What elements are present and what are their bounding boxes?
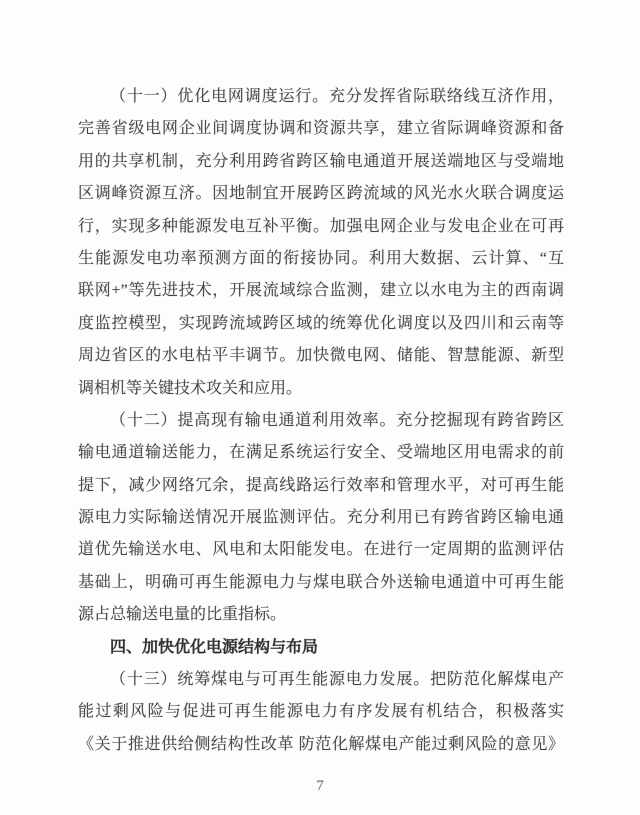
document-body: （十一）优化电网调度运行。充分发挥省际联络线互济作用， 完善省级电网企业间调度协… — [78, 81, 564, 761]
text-line: 行，实现多种能源发电互补平衡。加强电网企业与发电企业在可再 — [78, 211, 564, 243]
text-line: 道优先输送水电、风电和太阳能发电。在进行一定周期的监测评估 — [78, 534, 564, 566]
page-number: 7 — [0, 772, 640, 800]
text-line: 联网+”等先进技术，开展流域综合监测，建立以水电为主的西南调 — [78, 275, 564, 307]
text-line: 生能源发电功率预测方面的衔接协同。利用大数据、云计算、“互 — [78, 243, 564, 275]
text-line: 输电通道输送能力，在满足系统运行安全、受端地区用电需求的前 — [78, 437, 564, 469]
text-line: 区调峰资源互济。因地制宜开展跨区跨流域的风光水火联合调度运 — [78, 178, 564, 210]
text-line: 度监控模型，实现跨流域跨区域的统筹优化调度以及四川和云南等 — [78, 308, 564, 340]
text-line: 《关于推进供给侧结构性改革 防范化解煤电产能过剩风险的意见》 — [78, 729, 564, 761]
text-line: （十二）提高现有输电通道利用效率。充分挖掘现有跨省跨区 — [78, 405, 564, 437]
text-line: 周边省区的水电枯平丰调节。加快微电网、储能、智慧能源、新型 — [78, 340, 564, 372]
text-line: 调相机等关键技术攻关和应用。 — [78, 373, 564, 405]
section-heading: 四、加快优化电源结构与布局 — [78, 632, 564, 664]
text-line: 基础上，明确可再生能源电力与煤电联合外送输电通道中可再生能 — [78, 567, 564, 599]
text-line: 用的共享机制，充分利用跨省跨区输电通道开展送端地区与受端地 — [78, 146, 564, 178]
text-line: 源占总输送电量的比重指标。 — [78, 599, 564, 631]
text-line: 能过剩风险与促进可再生能源电力有序发展有机结合，积极落实 — [78, 696, 564, 728]
text-line: 源电力实际输送情况开展监测评估。充分利用已有跨省跨区输电通 — [78, 502, 564, 534]
text-line: 完善省级电网企业间调度协调和资源共享，建立省际调峰资源和备 — [78, 113, 564, 145]
text-line: （十一）优化电网调度运行。充分发挥省际联络线互济作用， — [78, 81, 564, 113]
document-page: （十一）优化电网调度运行。充分发挥省际联络线互济作用， 完善省级电网企业间调度协… — [0, 0, 640, 815]
text-line: 提下，减少网络冗余，提高线路运行效率和管理水平，对可再生能 — [78, 470, 564, 502]
text-line: （十三）统筹煤电与可再生能源电力发展。把防范化解煤电产 — [78, 664, 564, 696]
